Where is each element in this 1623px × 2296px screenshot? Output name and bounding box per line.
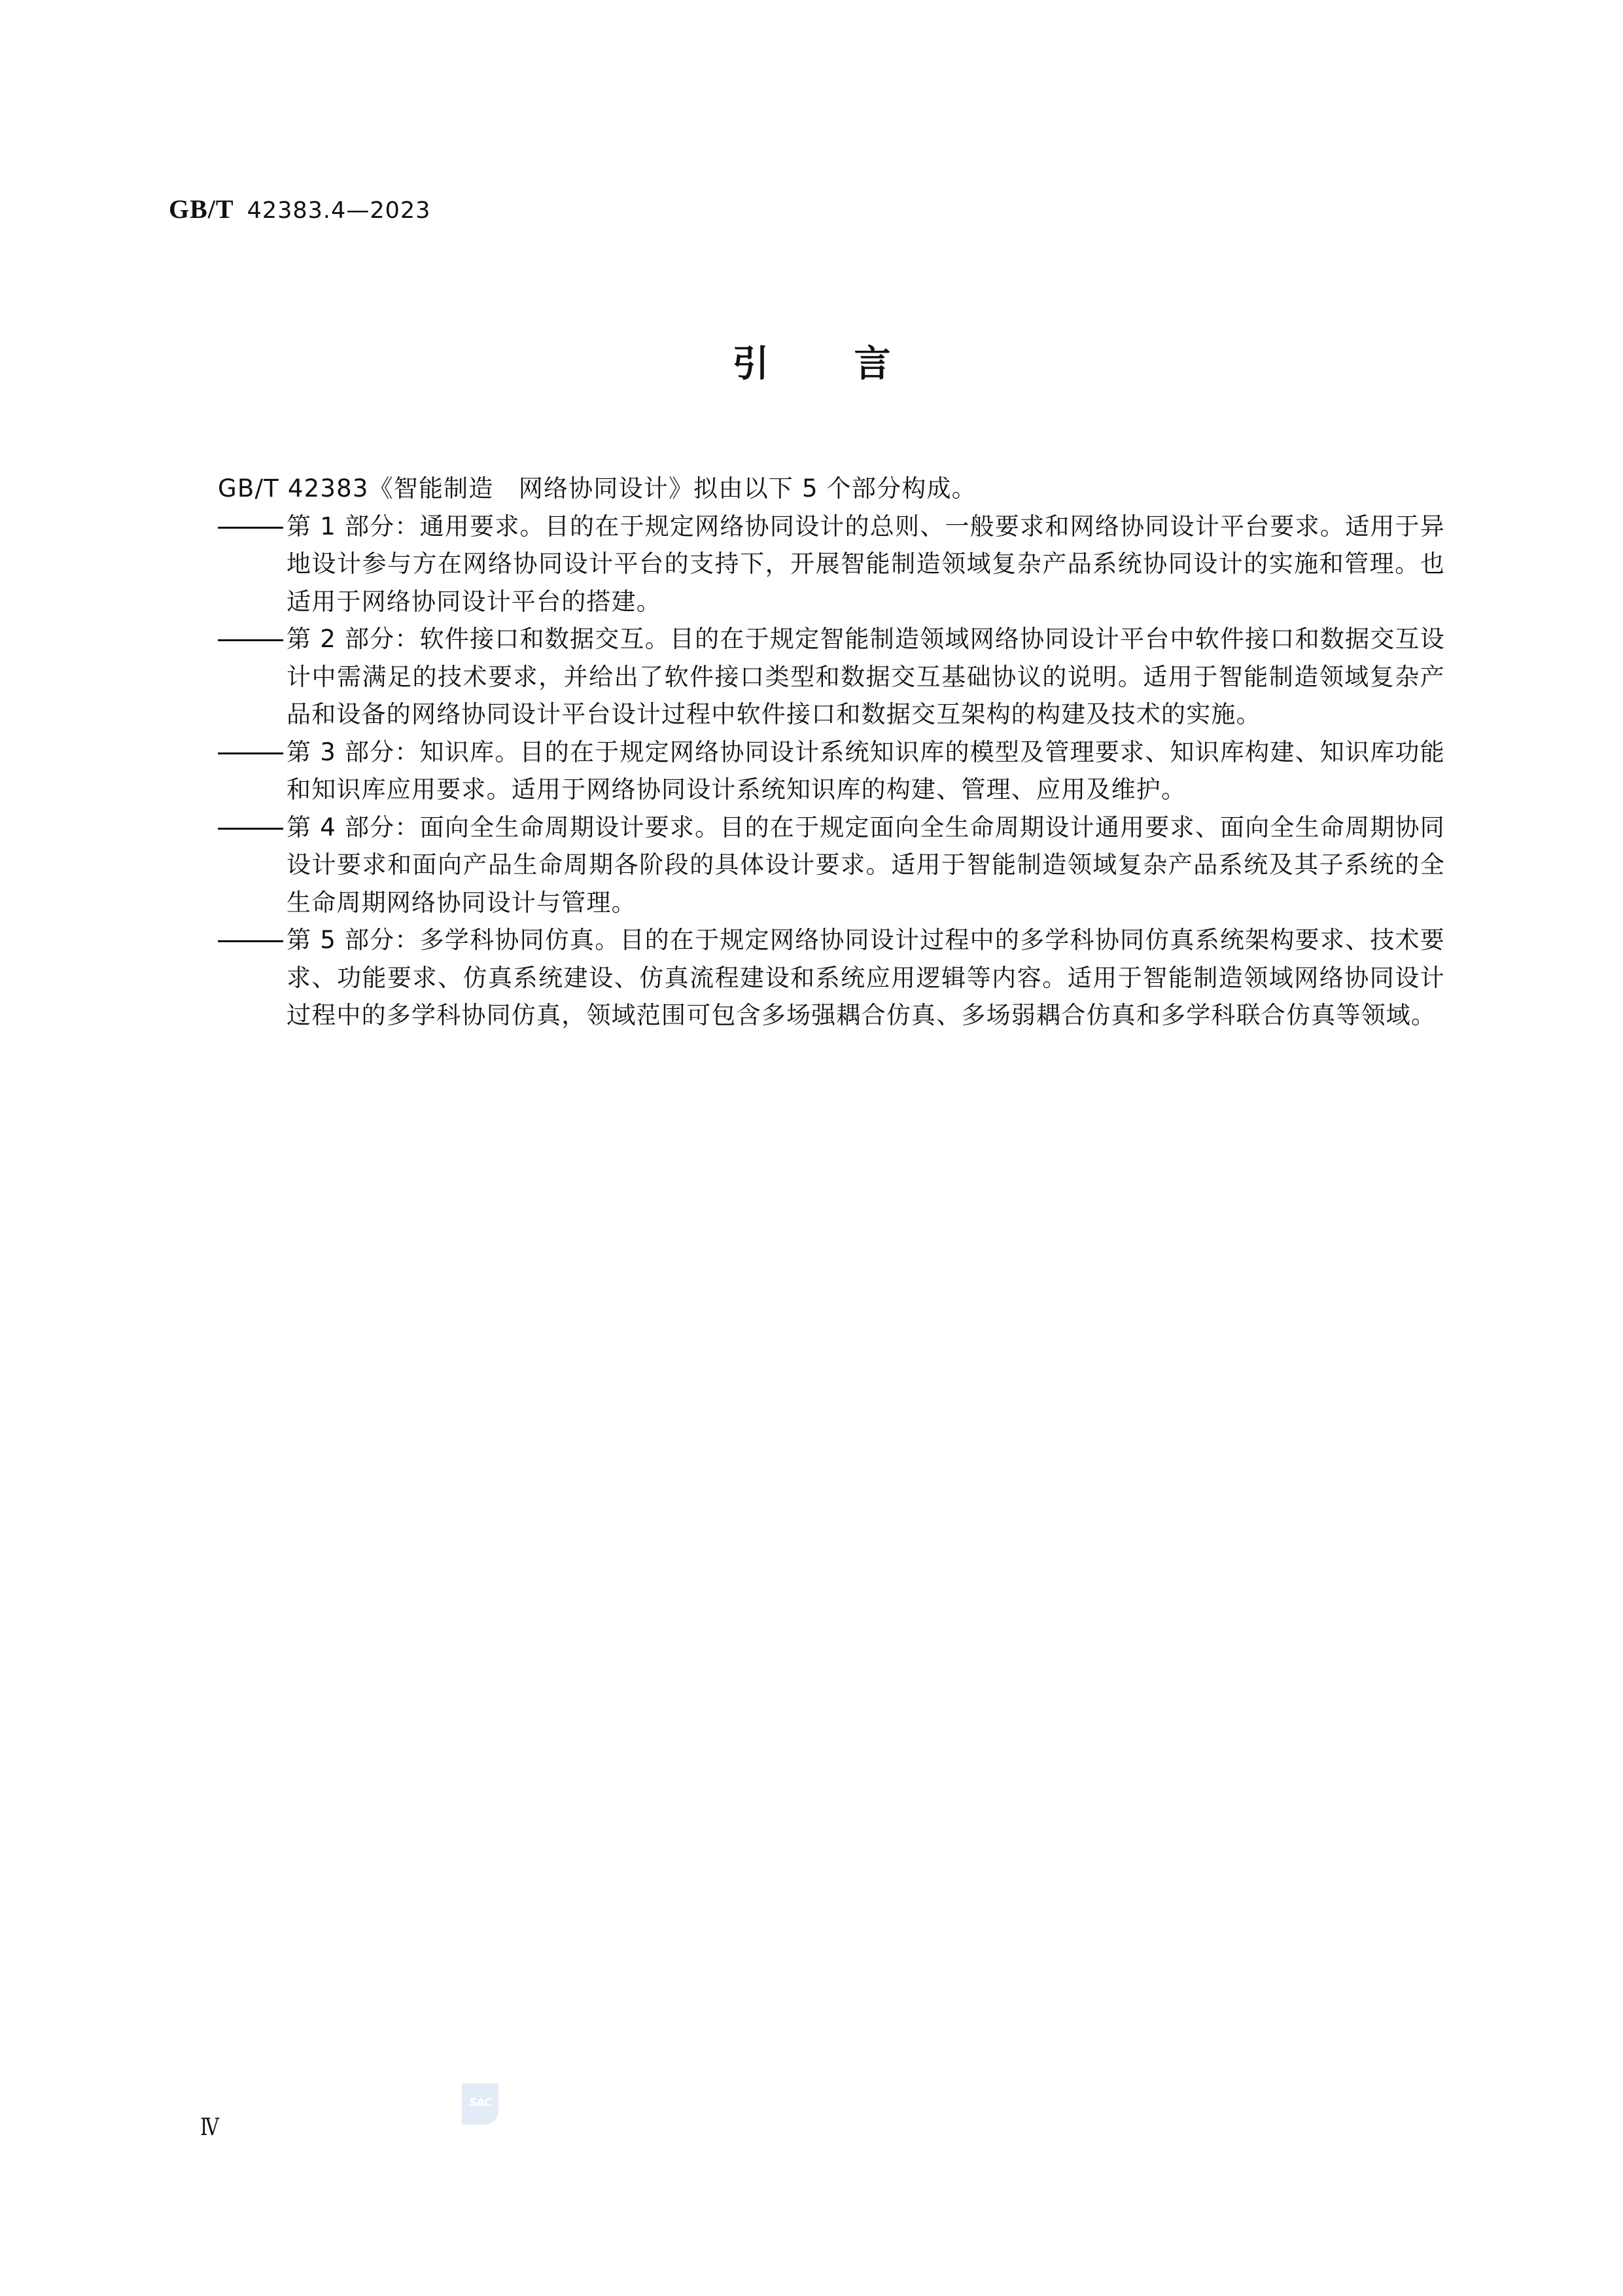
introduction-body: GB/T 42383《智能制造 网络协同设计》拟由以下 5 个部分构成。 第 1… <box>218 470 1445 1034</box>
standard-code-header: GB/T42383.4—2023 <box>169 194 430 224</box>
list-item-part-1: 第 1 部分：通用要求。目的在于规定网络协同设计的总则、一般要求和网络协同设计平… <box>218 508 1445 621</box>
sac-logo-text: SAC <box>462 2096 498 2110</box>
page-number: Ⅳ <box>200 2113 219 2141</box>
list-item-part-4: 第 4 部分：面向全生命周期设计要求。目的在于规定面向全生命周期设计通用要求、面… <box>218 809 1445 922</box>
standard-prefix: GB/T <box>169 194 234 224</box>
list-item-part-2: 第 2 部分：软件接口和数据交互。目的在于规定智能制造领域网络协同设计平台中软件… <box>218 620 1445 733</box>
list-item-part-3: 第 3 部分：知识库。目的在于规定网络协同设计系统知识库的模型及管理要求、知识库… <box>218 733 1445 809</box>
title-char-1: 引 <box>733 335 769 387</box>
part-3-text: 第 3 部分：知识库。目的在于规定网络协同设计系统知识库的模型及管理要求、知识库… <box>287 738 1445 804</box>
title-char-2: 言 <box>854 335 891 387</box>
page-title: 引言 <box>0 335 1623 387</box>
part-2-text: 第 2 部分：软件接口和数据交互。目的在于规定智能制造领域网络协同设计平台中软件… <box>287 625 1445 728</box>
part-5-text: 第 5 部分：多学科协同仿真。目的在于规定网络协同设计过程中的多学科协同仿真系统… <box>287 926 1445 1029</box>
part-1-text: 第 1 部分：通用要求。目的在于规定网络协同设计的总则、一般要求和网络协同设计平… <box>287 512 1445 616</box>
part-4-text: 第 4 部分：面向全生命周期设计要求。目的在于规定面向全生命周期设计通用要求、面… <box>287 813 1445 917</box>
intro-paragraph: GB/T 42383《智能制造 网络协同设计》拟由以下 5 个部分构成。 <box>218 470 1445 508</box>
list-item-part-5: 第 5 部分：多学科协同仿真。目的在于规定网络协同设计过程中的多学科协同仿真系统… <box>218 921 1445 1034</box>
standard-number: 42383.4—2023 <box>247 198 431 224</box>
sac-watermark-logo-icon: SAC <box>462 2083 498 2125</box>
